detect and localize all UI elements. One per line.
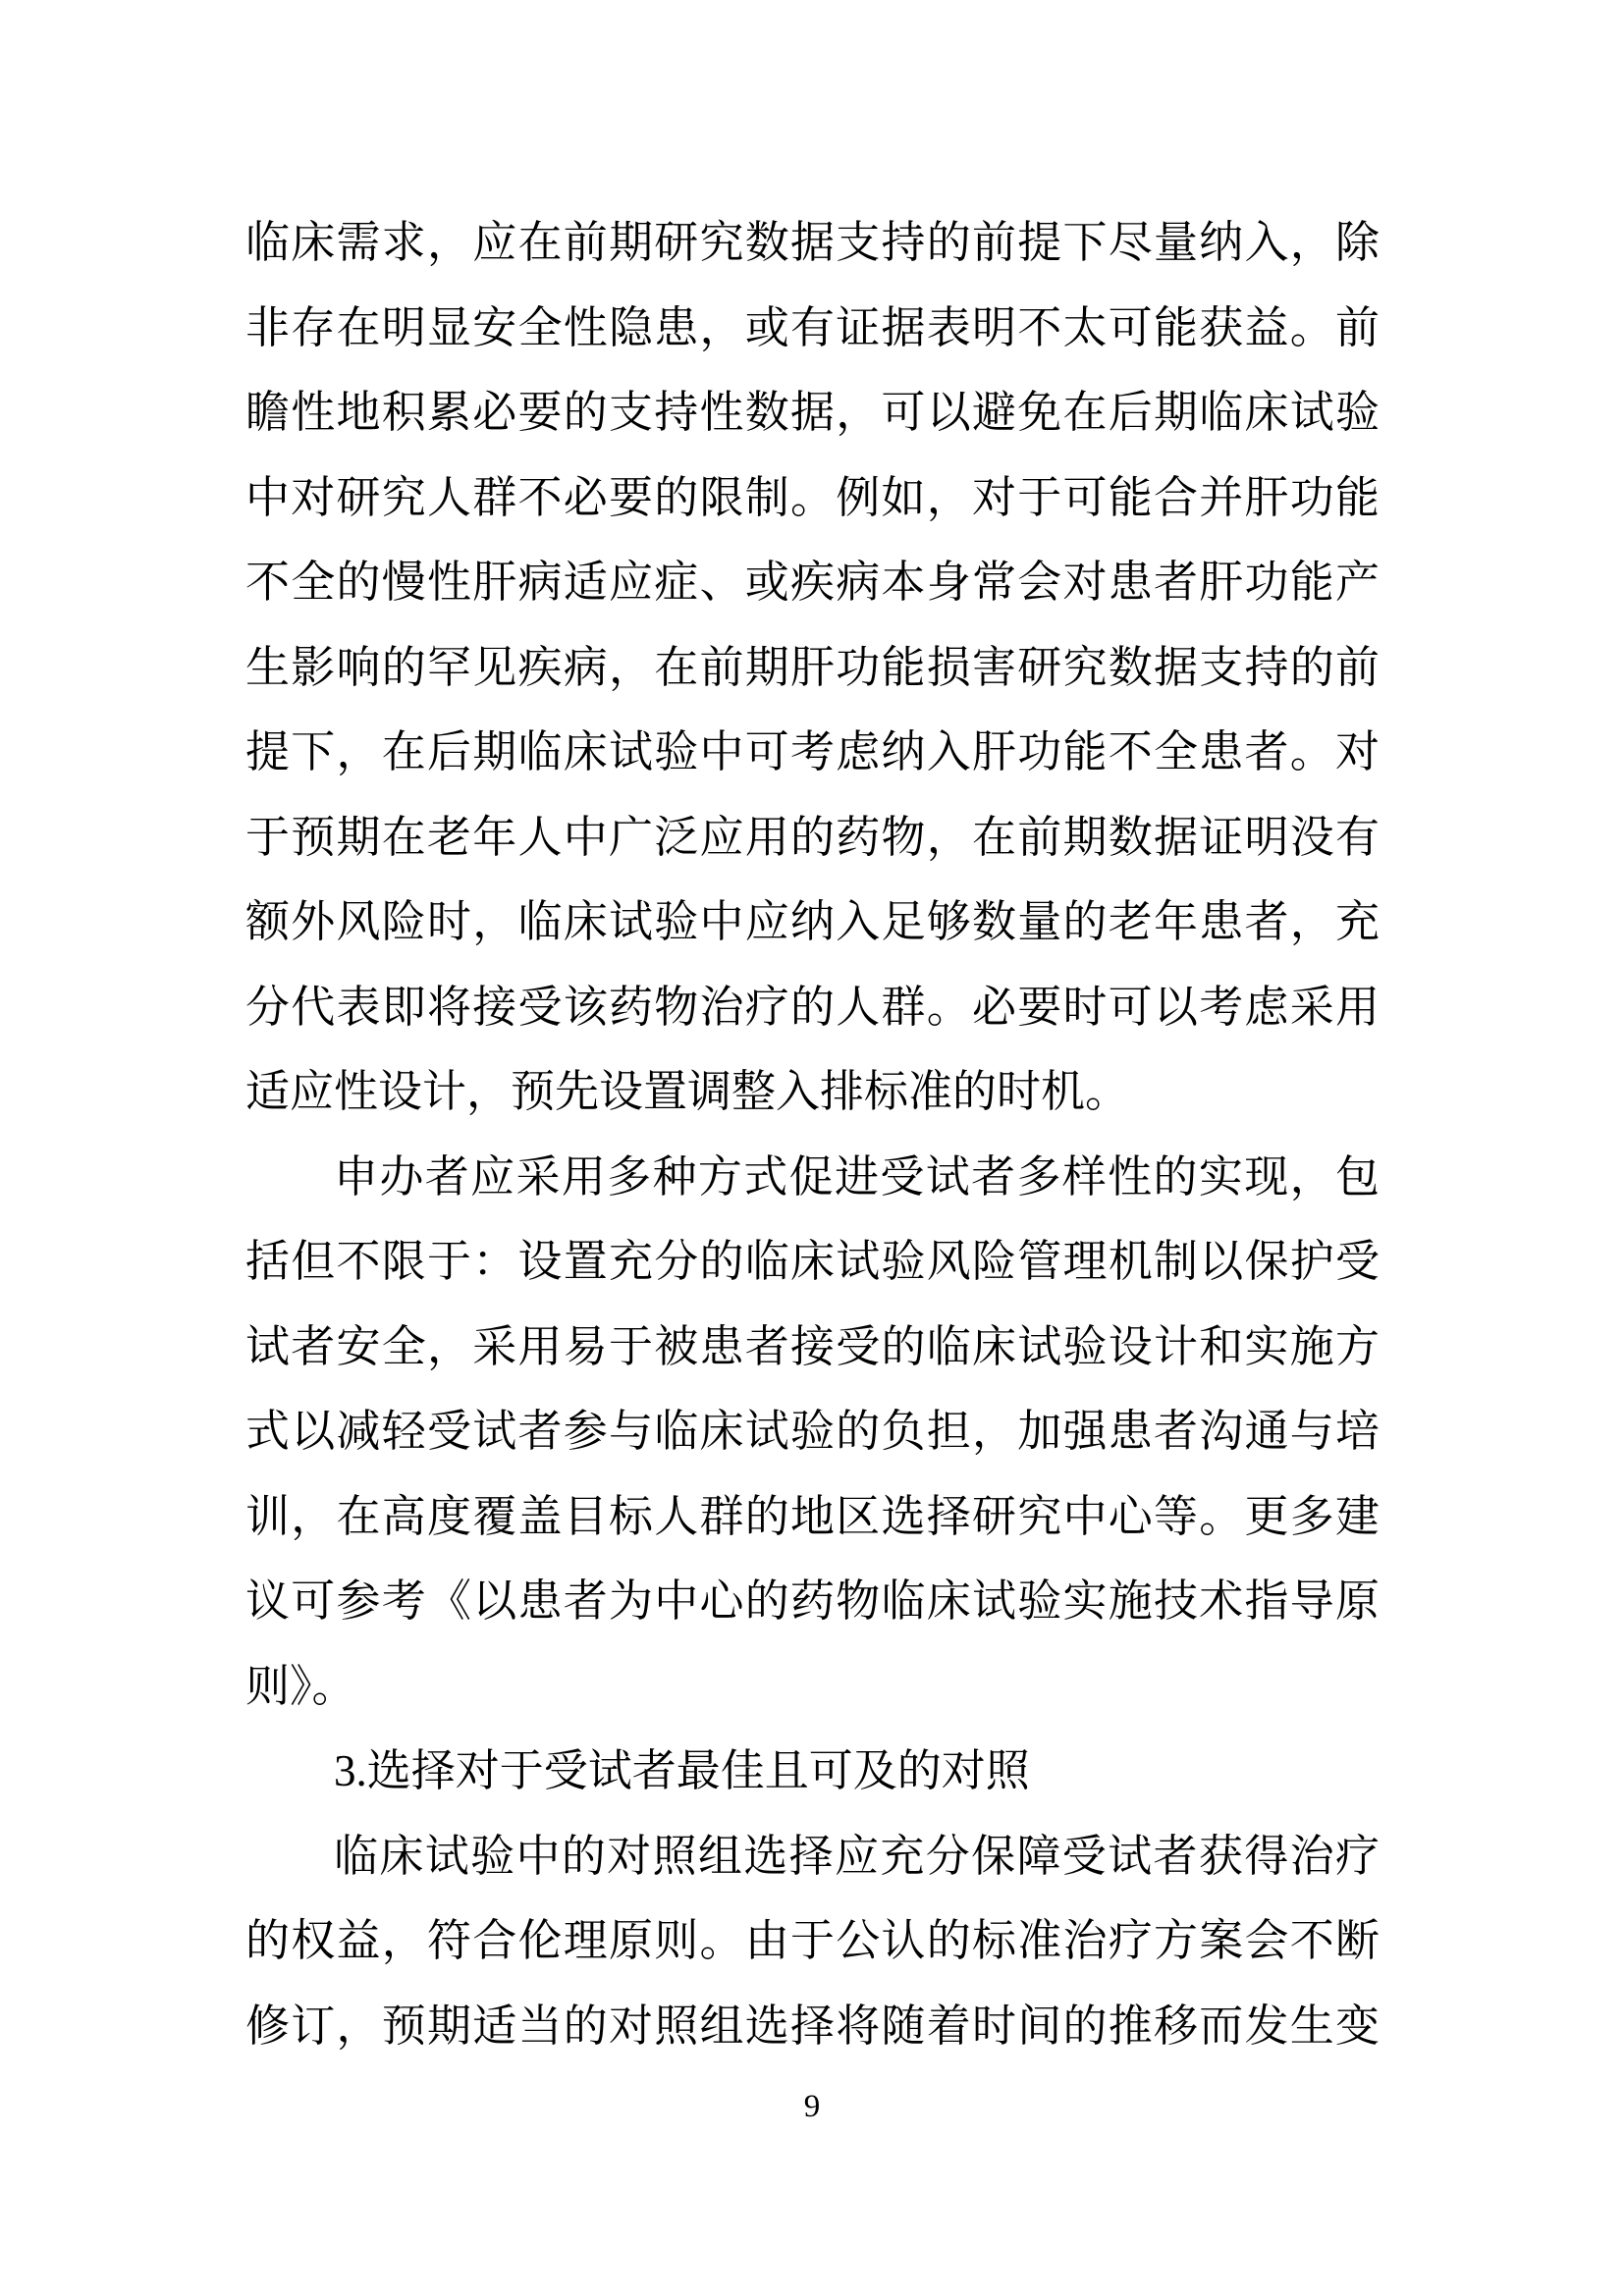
body-line: 提下，在后期临床试验中可考虑纳入肝功能不全患者。对: [245, 710, 1380, 795]
body-line: 分代表即将接受该药物治疗的人群。必要时可以考虑采用: [245, 965, 1380, 1050]
body-line: 非存在明显安全性隐患，或有证据表明不太可能获益。前: [245, 286, 1380, 371]
body-line: 修订，预期适当的对照组选择将随着时间的推移而发生变: [245, 1984, 1380, 2069]
body-line: 括但不限于：设置充分的临床试验风险管理机制以保护受: [245, 1219, 1380, 1305]
body-line: 适应性设计，预先设置调整入排标准的时机。: [245, 1049, 1380, 1135]
body-line: 生影响的罕见疾病，在前期肝功能损害研究数据支持的前: [245, 625, 1380, 711]
body-line: 训，在高度覆盖目标人群的地区选择研究中心等。更多建: [245, 1474, 1380, 1560]
body-line: 则》。: [245, 1644, 1380, 1730]
body-line: 瞻性地积累必要的支持性数据，可以避免在后期临床试验: [245, 370, 1380, 455]
body-line: 中对研究人群不必要的限制。例如，对于可能合并肝功能: [245, 455, 1380, 541]
section-heading: 3.选择对于受试者最佳且可及的对照: [245, 1729, 1380, 1814]
body-line: 临床需求，应在前期研究数据支持的前提下尽量纳入，除: [245, 200, 1380, 286]
body-line: 申办者应采用多种方式促进受试者多样性的实现，包: [245, 1135, 1380, 1220]
body-line: 议可参考《以患者为中心的药物临床试验实施技术指导原: [245, 1559, 1380, 1644]
body-line: 临床试验中的对照组选择应充分保障受试者获得治疗: [245, 1814, 1380, 1899]
body-line: 不全的慢性肝病适应症、或疾病本身常会对患者肝功能产: [245, 540, 1380, 625]
body-line: 试者安全，采用易于被患者接受的临床试验设计和实施方: [245, 1305, 1380, 1390]
body-line: 额外风险时，临床试验中应纳入足够数量的老年患者，充: [245, 880, 1380, 965]
body-line: 的权益，符合伦理原则。由于公认的标准治疗方案会不断: [245, 1898, 1380, 1984]
body-line: 式以减轻受试者参与临床试验的负担，加强患者沟通与培: [245, 1389, 1380, 1474]
page-number: 9: [0, 2089, 1624, 2124]
document-text: 临床需求，应在前期研究数据支持的前提下尽量纳入，除非存在明显安全性隐患，或有证据…: [245, 200, 1380, 2068]
document-page: 临床需求，应在前期研究数据支持的前提下尽量纳入，除非存在明显安全性隐患，或有证据…: [0, 0, 1624, 2296]
body-line: 于预期在老年人中广泛应用的药物，在前期数据证明没有: [245, 795, 1380, 881]
